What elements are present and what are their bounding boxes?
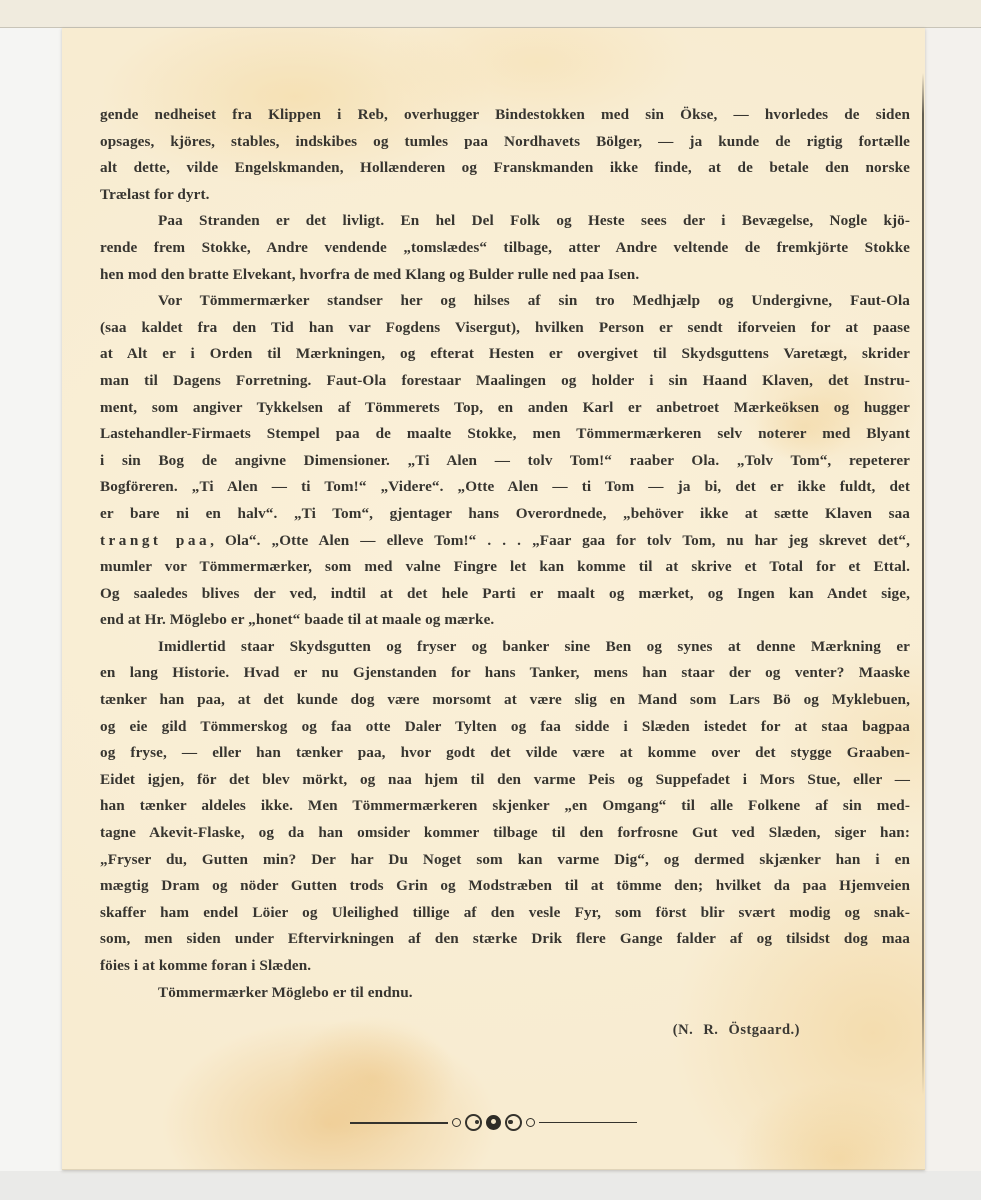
text-line: i sin Bog de angivne Dimensioner. „Ti Al… (100, 448, 910, 475)
small-ring-icon (526, 1118, 535, 1127)
page-edge-line (922, 73, 924, 1095)
text-line: rende frem Stokke, Andre vendende „tomsl… (100, 235, 910, 262)
emphasized-spaced-text: trangt paa (100, 532, 210, 549)
text-line: Paa Stranden er det livligt. En hel Del … (100, 208, 910, 235)
divider-ornament-icon (62, 1114, 925, 1131)
paragraph: Tömmermærker Möglebo er til endnu. (100, 980, 910, 1007)
text-line: og eie gild Tömmerskog og faa otte Daler… (100, 714, 910, 741)
text-line: han tænker aldeles ikke. Men Tömmermærke… (100, 793, 910, 820)
text-line: man til Dagens Forretning. Faut-Ola fore… (100, 368, 910, 395)
text-line: Eidet igjen, för det blev mörkt, og naa … (100, 767, 910, 794)
text-line: Lastehandler-Firmaets Stempel paa de maa… (100, 421, 910, 448)
text-line: mægtig Dram og nöder Gutten trods Grin o… (100, 873, 910, 900)
text-line: tænker han paa, at det kunde dog være mo… (100, 687, 910, 714)
text-line: Imidlertid staar Skydsgutten og fryser o… (100, 634, 910, 661)
text-line: er bare ni en halv“. „Ti Tom“, gjentager… (100, 501, 910, 528)
text-line: Bogföreren. „Ti Alen — ti Tom!“ „Videre“… (100, 474, 910, 501)
text-line: (saa kaldet fra den Tid han var Fogdens … (100, 315, 910, 342)
text-line: tagne Akevit-Flaske, og da han omsider k… (100, 820, 910, 847)
text-segment: , Ola“. „Otte Alen — elleve Tom!“ . . . … (210, 532, 910, 549)
scanned-document: gende nedheiset fra Klippen i Reb, overh… (0, 0, 981, 1200)
text-line: opsages, kjöres, stables, indskibes og t… (100, 129, 910, 156)
author-signature: (N. R. Östgaard.) (673, 1022, 800, 1039)
paragraph: Vor Tömmermærker standser her og hilses … (100, 288, 910, 634)
text-line: Trælast for dyrt. (100, 182, 910, 209)
text-line: Og saaledes blives der ved, indtil at de… (100, 581, 910, 608)
text-line: Tömmermærker Möglebo er til endnu. (100, 980, 910, 1007)
paragraph: gende nedheiset fra Klippen i Reb, overh… (100, 102, 910, 208)
text-line: og fryse, — eller han tænker paa, hvor g… (100, 740, 910, 767)
text-line: gende nedheiset fra Klippen i Reb, overh… (100, 102, 910, 129)
text-line: „Fryser du, Gutten min? Der har Du Noget… (100, 847, 910, 874)
text-line: trangt paa, Ola“. „Otte Alen — elleve To… (100, 528, 910, 555)
center-rosette-icon (486, 1115, 501, 1130)
scan-top-band (0, 0, 981, 28)
text-line: som, men siden under Eftervirkningen af … (100, 926, 910, 953)
small-ring-icon (452, 1118, 461, 1127)
text-line: alt dette, vilde Engelskmanden, Hollænde… (100, 155, 910, 182)
paragraph: Imidlertid staar Skydsgutten og fryser o… (100, 634, 910, 980)
scan-bed-left (0, 28, 62, 1171)
text-line: end at Hr. Möglebo er „honet“ baade til … (100, 607, 910, 634)
text-block: gende nedheiset fra Klippen i Reb, overh… (100, 102, 910, 1006)
text-line: en lang Historie. Hvad er nu Gjenstanden… (100, 660, 910, 687)
text-line: mumler vor Tömmermærker, som med valne F… (100, 554, 910, 581)
text-line: föies i at komme foran i Slæden. (100, 953, 910, 980)
rule-left-icon (350, 1122, 448, 1124)
rule-right-icon (539, 1122, 637, 1124)
swirl-left-icon (465, 1114, 482, 1131)
text-line: Vor Tömmermærker standser her og hilses … (100, 288, 910, 315)
paragraph: Paa Stranden er det livligt. En hel Del … (100, 208, 910, 288)
text-line: skaffer ham endel Löier og Uleilighed ti… (100, 900, 910, 927)
document-page: gende nedheiset fra Klippen i Reb, overh… (62, 28, 925, 1170)
text-line: at Alt er i Orden til Mærkningen, og eft… (100, 341, 910, 368)
swirl-right-icon (505, 1114, 522, 1131)
scan-bed-right (925, 28, 981, 1171)
text-line: ment, som angiver Tykkelsen af Tömmerets… (100, 395, 910, 422)
text-line: hen mod den bratte Elvekant, hvorfra de … (100, 262, 910, 289)
